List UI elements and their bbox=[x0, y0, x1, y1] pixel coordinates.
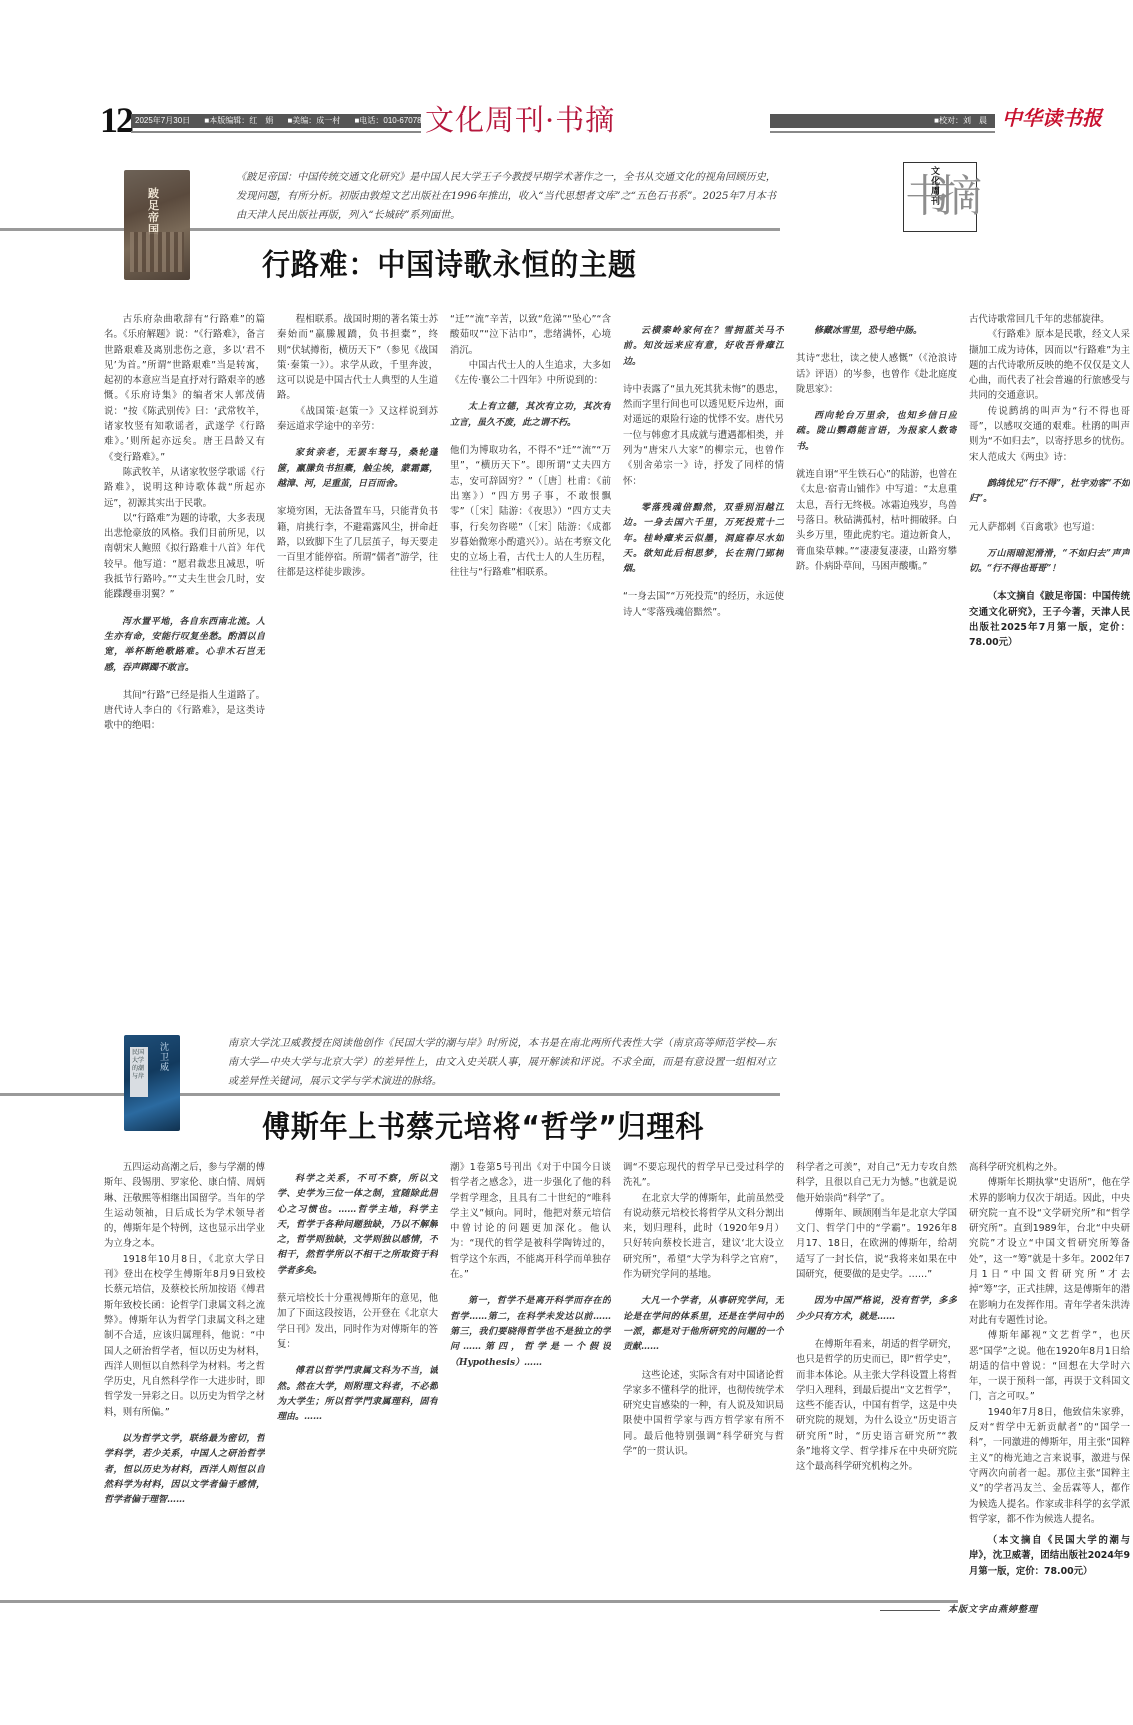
divider-rule bbox=[190, 228, 780, 231]
paragraph: 其间“行路”已经是指人生道路了。唐代诗人李白的《行路难》，是这类诗歌中的绝唱： bbox=[104, 688, 265, 734]
quoted-verse: 西向轮台万里余，也知乡信日应疏。陇山鹦鹉能言语，为报家人数寄书。 bbox=[796, 409, 957, 455]
masthead-meta-bar: 2025年7月30日 ■本版编辑：红 娟 ■美编：成一村 ■电话：010-670… bbox=[131, 114, 421, 128]
quoted-verse: 万山雨暗泥滑滑，“不如归去”声声切。“行不得也哥哥”！ bbox=[969, 547, 1130, 578]
newspaper-logo: 中华读书报 bbox=[1002, 102, 1102, 134]
section-title: 文化周刊·书摘 bbox=[425, 100, 615, 140]
issue-date: 2025年7月30日 bbox=[135, 116, 190, 125]
paragraph: 傅斯年鄙视“文艺哲学”，也厌恶“国学”之说。他在1920年8月1日给胡适的信中曾… bbox=[969, 1328, 1130, 1404]
article-intro: 南京大学沈卫威教授在阅读他创作《民国大学的潮与岸》时所说，本书是在南北两所代表性… bbox=[228, 1034, 776, 1091]
article-headline: 行路难：中国诗歌永恒的主题 bbox=[262, 248, 637, 284]
article-body: 古乐府杂曲歌辞有“行路难”的篇名。《乐府解题》说：“《行路难》，备言世路艰难及离… bbox=[104, 312, 1126, 942]
paragraph: 古乐府杂曲歌辞有“行路难”的篇名。《乐府解题》说：“《行路难》，备言世路艰难及离… bbox=[104, 312, 265, 465]
paragraph: 诗中表露了“虽九死其犹未悔”的愚忠，然而字里行间也可以透见贬斥边州，面对遥远的艰… bbox=[623, 382, 784, 489]
paragraph: 潮》1卷第5号刊出《对于中国今日谈哲学者之感念》，进一步强化了他的科学哲学理念，… bbox=[450, 1160, 611, 1282]
divider-rule bbox=[180, 1093, 780, 1096]
article-column: 科学之关系，不可不察，所以文学、史学为三位一体之制，宜随除此居心之习惯也。……哲… bbox=[277, 1160, 438, 1580]
paragraph: 程相联系。战国时期的著名策士苏秦始而“羸縢履蹻，负书担橐”，终则“伏轼撙衔，横历… bbox=[277, 312, 438, 404]
page-number: 12 bbox=[100, 100, 132, 140]
source-citation: （本文摘自《跛足帝国：中国传统交通文化研究》，王子今著，天津人民出版社2025年… bbox=[969, 589, 1130, 650]
paragraph: 他们为博取功名，不得不“迁”“流”“万里”，“横历天下”。即所谓“丈夫四方志，安… bbox=[450, 443, 611, 581]
quoted-verse: 傅君以哲学門隶属文科为不当，诚然。然在大学，则附理文科者，不必都为大学生；所以哲… bbox=[277, 1364, 438, 1425]
paragraph: 1918年10月8日，《北京大学日刊》登出在校学生傅斯年8月9日致校长蔡元培信，… bbox=[104, 1252, 265, 1420]
paragraph: 五四运动高潮之后，参与学潮的傅斯年、段锡朋、罗家伦、康白情、周炳琳、汪敬熙等相继… bbox=[104, 1160, 265, 1252]
paragraph: “一身去国”“万死投荒”的经历，永远使诗人“零落残魂倍黯然”。 bbox=[623, 589, 784, 620]
designer-credit: ■美编：成一村 bbox=[287, 116, 340, 125]
article-column: 调“不要忘现代的哲学早已受过科学的洗礼”。在北京大学的傅斯年，此前虽然受有说动蔡… bbox=[623, 1160, 784, 1580]
article-column: 科学者之可羡”，对自己“无力专攻自然科学，且很以自己无力为憾。”也就是说他开始崇… bbox=[796, 1160, 957, 1580]
quoted-verse: 修藏冰雪里，恐号绝中肠。 bbox=[796, 324, 957, 339]
quoted-verse: 鹧鸪忧兄“行不得”，杜宇劝客“不如归”。 bbox=[969, 477, 1130, 508]
paragraph: 《战国策·赵策一》又这样说到苏秦远道求学途中的辛劳： bbox=[277, 404, 438, 435]
quoted-verse: 泻水置平地，各自东西南北流。人生亦有命，安能行叹复坐愁。酌酒以自宽，举杯断绝歌路… bbox=[104, 615, 265, 676]
quoted-verse: 太上有立德，其次有立功，其次有立言，虽久不废，此之谓不朽。 bbox=[450, 400, 611, 431]
paragraph: 《行路难》原本是民歌，经文人采撷加工成为诗体，因而以“行路难”为主题的古代诗歌所… bbox=[969, 327, 1130, 403]
article-column: “迁”“流”辛苦，以致“危涕”“坠心”“含酸茹叹”“泣下沾巾”，悲绪满怀，心境消… bbox=[450, 312, 611, 942]
paragraph: 元人萨都剌《百禽歌》也写道： bbox=[969, 520, 1130, 535]
paragraph: 1940年7月8日，他致信朱家骅，反对“哲学中无新贡献者”的“国学一科”，一同激… bbox=[969, 1405, 1130, 1527]
article-column: 古乐府杂曲歌辞有“行路难”的篇名。《乐府解题》说：“《行路难》，备言世路艰难及离… bbox=[104, 312, 265, 942]
page-credit: 本版文字由燕婷整理 bbox=[948, 1603, 1038, 1617]
section-logo-subtitle: 文化周刊 bbox=[931, 167, 943, 207]
paragraph: 在北京大学的傅斯年，此前虽然受有说动蔡元培校长将哲学从文科分割出来，划归理科，此… bbox=[623, 1191, 784, 1283]
paragraph: 家境穷困，无法备置车马，只能背负书籍，肩挑行李，不避霜露风尘，拼命赶路，以致脚下… bbox=[277, 504, 438, 580]
section-logo-box: 书 摘 文化周刊 bbox=[903, 162, 977, 232]
quoted-verse: 云横秦岭家何在？雪拥蓝关马不前。知汝远来应有意，好收吾骨瘴江边。 bbox=[623, 324, 784, 370]
article-intro: 《跛足帝国：中国传统交通文化研究》是中国人民大学王子今教授早期学术著作之一，全书… bbox=[236, 168, 776, 225]
quoted-verse: 以为哲学文学，联络最为密切，哲学科学，若少关系，中国人之研治哲学者，恒以历史为材… bbox=[104, 1432, 265, 1508]
masthead: 12 2025年7月30日 ■本版编辑：红 娟 ■美编：成一村 ■电话：010-… bbox=[100, 100, 1020, 140]
article-column: 潮》1卷第5号刊出《对于中国今日谈哲学者之感念》，进一步强化了他的科学哲学理念，… bbox=[450, 1160, 611, 1580]
paragraph: 傅斯年长期执掌“史语所”，他在学术界的影响力仅次于胡适。因此，中央研究院一直不设… bbox=[969, 1175, 1130, 1328]
paragraph: 中国古代士人的人生追求，大多如《左传·襄公二十四年》中所说到的： bbox=[450, 358, 611, 389]
divider-rule bbox=[0, 1093, 124, 1096]
paragraph: 高科学研究机构之外。 bbox=[969, 1160, 1130, 1175]
paragraph: 陈武牧羊，从诸家牧竖学歌谣《行路难》，说明这种诗歌体裁“所起亦远”，初源其实出于… bbox=[104, 465, 265, 511]
article-column: 程相联系。战国时期的著名策士苏秦始而“羸縢履蹻，负书担橐”，终则“伏轼撙衔，横历… bbox=[277, 312, 438, 942]
quoted-verse: 科学之关系，不可不察，所以文学、史学为三位一体之制，宜随除此居心之习惯也。……哲… bbox=[277, 1172, 438, 1279]
quoted-verse: 零落残魂倍黯然，双垂别泪越江边。一身去国六千里，万死投荒十二年。桂岭瘴来云似墨，… bbox=[623, 501, 784, 577]
section-logo-zhai: 摘 bbox=[938, 167, 982, 227]
proofreader-credit: ■校对：刘 晨 bbox=[770, 114, 995, 128]
paragraph: 传说鹧鸪的叫声为“行不得也哥哥”，以感叹交通的艰难。杜鹃的叫声则为“不如归去”，… bbox=[969, 404, 1130, 465]
paragraph: 傅斯年、顾颉刚当年是北京大学国文门、哲学门中的“学霸”。1926年8月17、18… bbox=[796, 1206, 957, 1282]
source-citation: （本文摘自《民国大学的潮与岸》，沈卫威著，团结出版社2024年9月第一版，定价：… bbox=[969, 1533, 1130, 1579]
paragraph: 调“不要忘现代的哲学早已受过科学的洗礼”。 bbox=[623, 1160, 784, 1191]
article-column: 云横秦岭家何在？雪拥蓝关马不前。知汝远来应有意，好收吾骨瘴江边。诗中表露了“虽九… bbox=[623, 312, 784, 942]
paragraph: 古代诗歌常回几千年的悲郁旋律。 bbox=[969, 312, 1130, 327]
book-cover-title: 跛足帝国 bbox=[148, 188, 164, 236]
book-cover-author: 沈卫威 bbox=[160, 1043, 172, 1073]
book-cover-title: 民国大学的潮与岸 bbox=[130, 1047, 148, 1097]
phone-number: ■电话：010-67078085 bbox=[355, 116, 421, 125]
editor-credit: ■本版编辑：红 娟 bbox=[204, 116, 273, 125]
article-column: 高科学研究机构之外。傅斯年长期执掌“史语所”，他在学术界的影响力仅次于胡适。因此… bbox=[969, 1160, 1130, 1580]
paragraph: “迁”“流”辛苦，以致“危涕”“坠心”“含酸茹叹”“泣下沾巾”，悲绪满怀，心境消… bbox=[450, 312, 611, 358]
article-column: 五四运动高潮之后，参与学潮的傅斯年、段锡朋、罗家伦、康白情、周炳琳、汪敬熙等相继… bbox=[104, 1160, 265, 1580]
paragraph: 这些论述，实际含有对中国诸论哲学家多不懂科学的批评，也彻传统学术研究史盲感染的一… bbox=[623, 1368, 784, 1460]
book-cover-image: 民国大学的潮与岸 沈卫威 bbox=[124, 1035, 180, 1131]
paragraph: 科学者之可羡”，对自己“无力专攻自然科学，且很以自己无力为憾。”也就是说他开始崇… bbox=[796, 1160, 957, 1206]
paragraph: 在傅斯年看来，胡适的哲学研究，也只是哲学的历史而已，即“哲学史”，而非本体论。从… bbox=[796, 1337, 957, 1475]
masthead-divider bbox=[131, 131, 421, 133]
book-cover-illustration bbox=[130, 232, 184, 272]
paragraph: 就连自诩“平生铁石心”的陆游，也曾在《太息·宿青山铺作》中写道：“太息重太息，吾… bbox=[796, 467, 957, 574]
book-cover-image: 跛足帝国 bbox=[124, 170, 190, 280]
paragraph: 其诗“悲壮，读之使人感慨”（《沧浪诗话》评语）的岑参，也曾作《赴北庭度陇思家》： bbox=[796, 351, 957, 397]
quoted-verse: 家贫亲老，无罢车驽马，桑轮蓬箧，羸縢负书担橐，触尘埃，蒙霜露，越漳、河，足重茧，… bbox=[277, 446, 438, 492]
paragraph: 以“行路难”为题的诗歌，大多表现出悲怆豪放的风格。我们目前所见，以南朝宋人鲍照《… bbox=[104, 511, 265, 603]
article-headline: 傅斯年上书蔡元培将“哲学”归理科 bbox=[262, 1110, 704, 1146]
page-bottom-rule bbox=[0, 1600, 958, 1603]
quoted-verse: 因为中国严格说，没有哲学，多多少少只有方术，就是…… bbox=[796, 1294, 957, 1325]
quoted-verse: 第一，哲学不是离开科学而存在的哲学……第二，在科学未发达以前……第三，我们要晓得… bbox=[450, 1294, 611, 1370]
paragraph: 蔡元培校长十分重视傅斯年的意见，他加了下面这段按语，公开登在《北京大学日刊》发出… bbox=[277, 1291, 438, 1352]
credit-rule bbox=[880, 1610, 940, 1611]
divider-rule bbox=[0, 228, 124, 231]
masthead-divider-right bbox=[770, 131, 995, 133]
article-body: 五四运动高潮之后，参与学潮的傅斯年、段锡朋、罗家伦、康白情、周炳琳、汪敬熙等相继… bbox=[104, 1160, 1126, 1580]
article-column: 修藏冰雪里，恐号绝中肠。其诗“悲壮，读之使人感慨”（《沧浪诗话》评语）的岑参，也… bbox=[796, 312, 957, 942]
quoted-verse: 大凡一个学者，从事研究学问，无论是在学问的体系里，还是在学问中的一派，都是对于他… bbox=[623, 1294, 784, 1355]
article-column: 古代诗歌常回几千年的悲郁旋律。《行路难》原本是民歌，经文人采撷加工成为诗体，因而… bbox=[969, 312, 1130, 942]
